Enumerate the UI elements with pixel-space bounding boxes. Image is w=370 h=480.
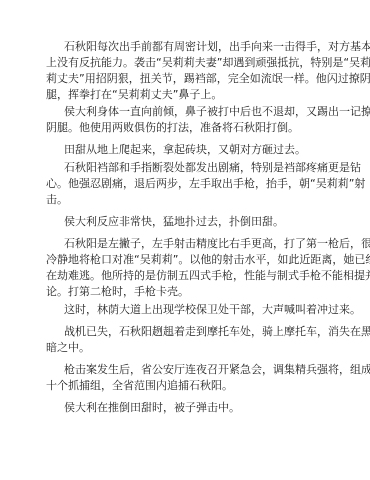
text-line: 论。打第二枪时，手枪卡壳。 [46,284,326,300]
text-line: 石秋阳是左撇子，左手射击精度比右手更高，打了第一枪后，很 [64,236,326,252]
text-line: 莉丈夫”用招阴狠，扭关节，踢裆部，完全如流氓一样。他闪过撩阴 [46,71,326,87]
text-line: 击。 [46,192,326,208]
text-line: 枪击案发生后，省公安厅连夜召开紧急会，调集精兵强将，组成 [64,362,326,378]
text-line: 腿，挥拳打在“吴莉莉丈夫”鼻子上。 [46,87,326,103]
text-line: 心。他强忍剧痛，退后两步，左手取出手枪，抬手，朝“吴莉莉”射 [46,176,326,192]
text-line: 冷静地将枪口对准“吴莉莉”。以他的射击水平，如此近距离，她已经 [46,252,326,268]
text-line: 阴腿。他使用两败俱伤的打法，准备将石秋阳打倒。 [46,120,326,136]
text-line: 石秋阳裆部和手指断裂处都发出剧痛，特别是裆部疼痛更是钻 [64,160,326,176]
text-line: 这时，林荫大道上出现学校保卫处干部，大声喊叫着冲过来。 [64,302,326,318]
text-line: 侯大利在推倒田甜时，被子弹击中。 [64,400,326,416]
document-page: 石秋阳每次出手前都有周密计划，出手向来一击得手，对方基本 上没有反抗能力。袭击“… [0,0,370,480]
text-line: 暗之中。 [46,340,326,356]
text-line: 侯大利反应非常快，猛地扑过去，扑倒田甜。 [64,214,326,230]
text-line: 战机已失，石秋阳趔趄着走到摩托车处，骑上摩托车，消失在黑 [64,324,326,340]
text-line: 在劫难逃。他所持的是仿制五四式手枪，性能与制式手枪不能相提并 [46,268,326,284]
text-line: 石秋阳每次出手前都有周密计划，出手向来一击得手，对方基本 [64,39,326,55]
text-line: 上没有反抗能力。袭击“吴莉莉夫妻”却遇到顽强抵抗，特别是“吴莉 [46,55,326,71]
text-line: 十个抓捕组，全省范围内追捕石秋阳。 [46,378,326,394]
text-line: 田甜从地上爬起来，拿起砖块，又朝对方砸过去。 [64,142,326,158]
text-line: 侯大利身体一直向前倾，鼻子被打中后也不退却，又踢出一记撩 [64,104,326,120]
